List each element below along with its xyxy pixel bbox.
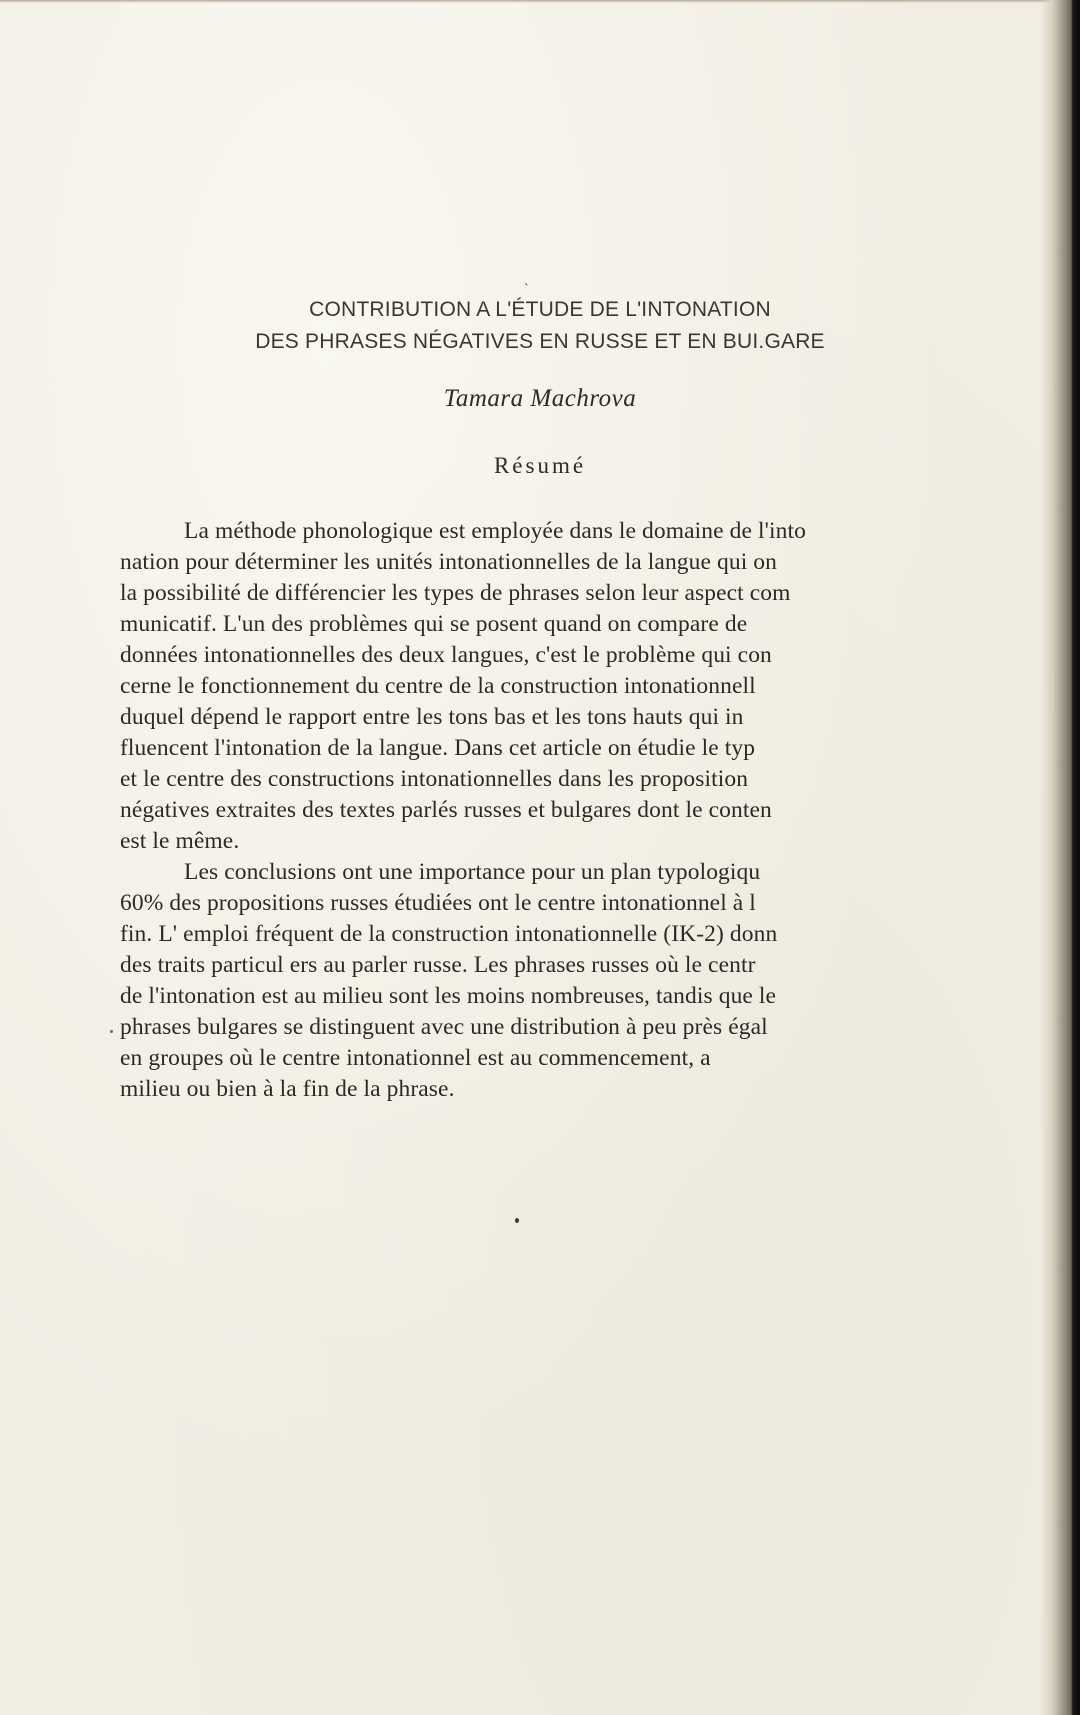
paragraph-1-line: et le centre des constructions intonatio…	[120, 764, 1080, 795]
article-title-line-2: DES PHRASES NÉGATIVES EN RUSSE ET EN BUI…	[0, 330, 1080, 354]
paragraph-2-line: en groupes où le centre intonationnel es…	[120, 1043, 1080, 1074]
paragraph-1-line: duquel dépend le rapport entre les tons …	[120, 702, 1080, 733]
paragraph-1-line: nation pour déterminer les unités intona…	[120, 547, 1080, 578]
paragraph-2-line: phrases bulgares se distinguent avec une…	[120, 1012, 1080, 1043]
scan-speck	[515, 1218, 519, 1223]
paragraph-1-line: est le même.	[120, 826, 1080, 857]
paragraph-2-line: de l'intonation est au milieu sont les m…	[120, 981, 1080, 1012]
paragraph-1-line: cerne le fonctionnement du centre de la …	[120, 671, 1080, 702]
paragraph-1-line: négatives extraites des textes parlés ru…	[120, 795, 1080, 826]
paragraph-2-line: des traits particul ers au parler russe.…	[120, 950, 1080, 981]
author-name: Tamara Machrova	[0, 385, 1080, 413]
page-top-edge	[0, 0, 1080, 3]
binding-gutter-shadow	[1040, 0, 1080, 1715]
paragraph-1-line: données intonationnelles des deux langue…	[120, 640, 1080, 671]
paragraph-1-line: la possibilité de différencier les types…	[120, 578, 1080, 609]
paragraph-2-line: 60% des propositions russes étudiées ont…	[120, 888, 1080, 919]
paragraph-1-line: municatif. L'un des problèmes qui se pos…	[120, 609, 1080, 640]
scanned-page: ` CONTRIBUTION A L'ÉTUDE DE L'INTONATION…	[0, 0, 1080, 1715]
paragraph-1-line: La méthode phonologique est employée dan…	[120, 516, 1080, 547]
paragraph-2-line: milieu ou bien à la fin de la phrase.	[120, 1074, 1080, 1105]
abstract-body: La méthode phonologique est employée dan…	[120, 516, 1080, 1105]
scan-speck	[110, 1030, 113, 1033]
paragraph-1-line: fluencent l'intonation de la langue. Dan…	[120, 733, 1080, 764]
title-grave-accent: `	[524, 282, 529, 298]
paragraph-2-line: Les conclusions ont une importance pour …	[120, 857, 1080, 888]
section-heading-resume: Résumé	[0, 453, 1080, 479]
paragraph-2-line: fin. L' emploi fréquent de la constructi…	[120, 919, 1080, 950]
article-title-line-1: CONTRIBUTION A L'ÉTUDE DE L'INTONATION	[0, 298, 1080, 322]
